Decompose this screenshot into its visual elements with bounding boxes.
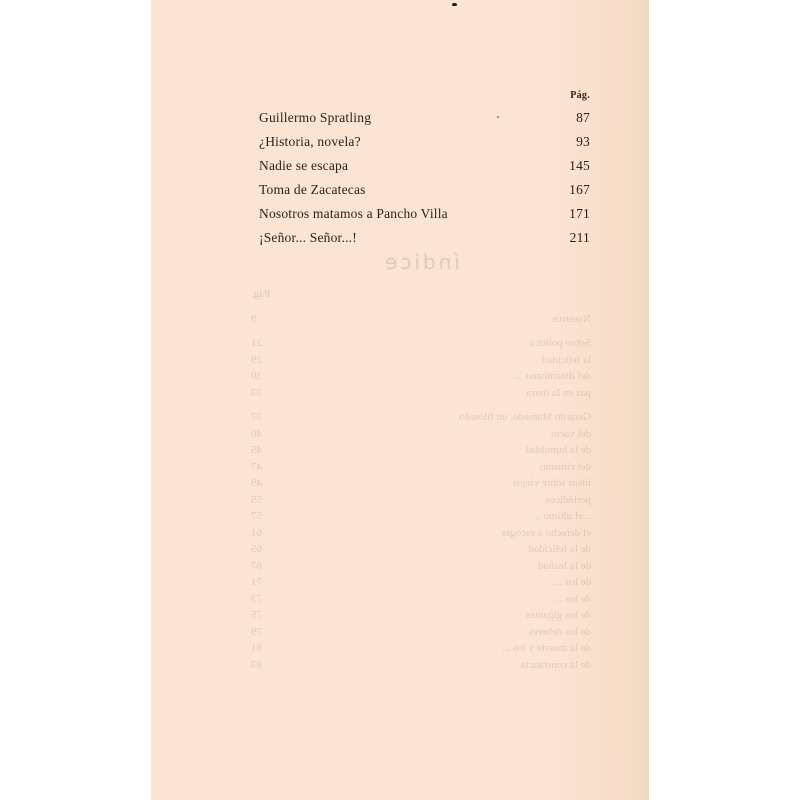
toc-entry-title: Guillermo Spratling <box>259 110 371 126</box>
toc-entry-title: Nadie se escapa <box>259 158 348 174</box>
show-through-row-page: 29 <box>251 354 262 371</box>
toc-entry-title: ¡Señor... Señor...! <box>259 230 357 246</box>
show-through-row-page: 83 <box>251 659 262 676</box>
toc-entry-title: Toma de Zacatecas <box>259 182 366 198</box>
toc-entry: Toma de Zacatecas 167 <box>259 182 590 206</box>
show-through-row: de los gigantes75 <box>251 609 591 626</box>
show-through-row-text: de la humildad <box>526 444 591 461</box>
show-through-row-page: 49 <box>251 477 262 494</box>
show-through-row-text: el derecho a escoger <box>502 527 591 544</box>
show-through-rows: Pág.Nuestros9Sobre política21la felicida… <box>251 288 591 675</box>
show-through-row: de los deberes79 <box>251 626 591 643</box>
show-through-row: del dinamismo ...30 <box>251 370 591 387</box>
show-through-row: Sobre política21 <box>251 337 591 354</box>
show-through-row-page: 61 <box>251 527 262 544</box>
show-through-row: de la muerte y los ...81 <box>251 642 591 659</box>
show-through-row: ideas sobre viejos49 <box>251 477 591 494</box>
show-through-row-text: de la constancia <box>521 659 591 676</box>
show-through-row-page: 71 <box>251 576 262 593</box>
show-through-row-text: Nuestros <box>552 313 591 330</box>
show-through-row-page: 33 <box>251 387 262 404</box>
show-through-row: de la felicidad65 <box>251 543 591 560</box>
show-through-row-page: 45 <box>251 444 262 461</box>
show-through-row-text: del dinamismo ... <box>515 370 591 387</box>
show-through-row-page: 9 <box>251 313 257 330</box>
show-through-row-page: 21 <box>251 337 262 354</box>
show-through-row: de la constancia83 <box>251 659 591 676</box>
show-through-row-page: 75 <box>251 609 262 626</box>
show-through-row: paz en la tierra33 <box>251 387 591 404</box>
toc-entry: Nadie se escapa 145 <box>259 158 590 182</box>
toc-entry: Nosotros matamos a Pancho Villa 171 <box>259 206 590 230</box>
show-through-row: del cinismo47 <box>251 461 591 478</box>
toc-entry-page: 171 <box>569 206 590 222</box>
toc-entry-title: ¿Historia, novela? <box>259 134 361 150</box>
show-through-row-page: 65 <box>251 543 262 560</box>
show-through-row: del vacío40 <box>251 428 591 445</box>
show-through-row-page: 79 <box>251 626 262 643</box>
show-through-row: la felicidad29 <box>251 354 591 371</box>
show-through-row: Gerardo Mamedo, un filósofo37 <box>251 411 591 428</box>
toc-entry-page: 87 <box>576 110 590 126</box>
show-through-row-text: del vacío <box>551 428 591 445</box>
page-column-header: Pág. <box>259 90 590 110</box>
show-through-row-text: de los ... <box>554 576 591 593</box>
show-through-row-text: paz en la tierra <box>526 387 591 404</box>
show-through-row-page: 30 <box>251 370 262 387</box>
toc-entry: Guillermo Spratling 87 <box>259 110 590 134</box>
show-through-row-page: 40 <box>251 428 262 445</box>
show-through-row: ...el ultimo ...57 <box>251 510 591 527</box>
show-through-row-text: Sobre política <box>530 337 591 354</box>
show-through-row-text: de la lealtad <box>538 560 591 577</box>
show-through-row-page: 47 <box>251 461 262 478</box>
show-through-row: Nuestros9 <box>251 313 591 330</box>
toc-entry: ¿Historia, novela? 93 <box>259 134 590 158</box>
show-through-row-text: la felicidad <box>542 354 591 371</box>
toc-entry-page: 145 <box>569 158 590 174</box>
toc-entry-page: 93 <box>576 134 590 150</box>
show-through-row-text: de los deberes <box>529 626 591 643</box>
toc-entry-title: Nosotros matamos a Pancho Villa <box>259 206 448 222</box>
show-through-row: de la lealtad67 <box>251 560 591 577</box>
show-through-row-text: de los gigantes <box>526 609 591 626</box>
show-through-text: índice Pág.Nuestros9Sobre política21la f… <box>251 250 591 670</box>
show-through-row-text: de la muerte y los ... <box>502 642 591 659</box>
show-through-row-text: de la felicidad <box>529 543 591 560</box>
show-through-row-page: 81 <box>251 642 262 659</box>
show-through-row-text: periódicos <box>545 494 591 511</box>
show-through-row-text: de los ... <box>554 593 591 610</box>
show-through-row-text: del cinismo <box>540 461 591 478</box>
show-through-row-page: 55 <box>251 494 262 511</box>
toc-entry: ¡Señor... Señor...! 211 <box>259 230 590 254</box>
show-through-row: periódicos55 <box>251 494 591 511</box>
show-through-row-page: 73 <box>251 593 262 610</box>
table-of-contents: Pág. Guillermo Spratling 87 ¿Historia, n… <box>259 90 590 254</box>
toc-entry-page: 167 <box>569 182 590 198</box>
show-through-row: de los ...73 <box>251 593 591 610</box>
show-through-row-page: 57 <box>251 510 262 527</box>
show-through-row-page: Pág. <box>251 288 270 305</box>
show-through-row: de la humildad45 <box>251 444 591 461</box>
ink-speck <box>452 3 457 6</box>
show-through-row-text: Gerardo Mamedo, un filósofo <box>460 411 591 428</box>
show-through-row-page: 67 <box>251 560 262 577</box>
show-through-row-text: ideas sobre viejos <box>513 477 591 494</box>
book-page: índice Pág.Nuestros9Sobre política21la f… <box>151 0 649 800</box>
show-through-row: el derecho a escoger61 <box>251 527 591 544</box>
show-through-row-text: ...el ultimo ... <box>532 510 591 527</box>
show-through-row-page: 37 <box>251 411 262 428</box>
show-through-row: Pág. <box>251 288 591 305</box>
toc-entry-page: 211 <box>570 230 590 246</box>
show-through-row: de los ...71 <box>251 576 591 593</box>
